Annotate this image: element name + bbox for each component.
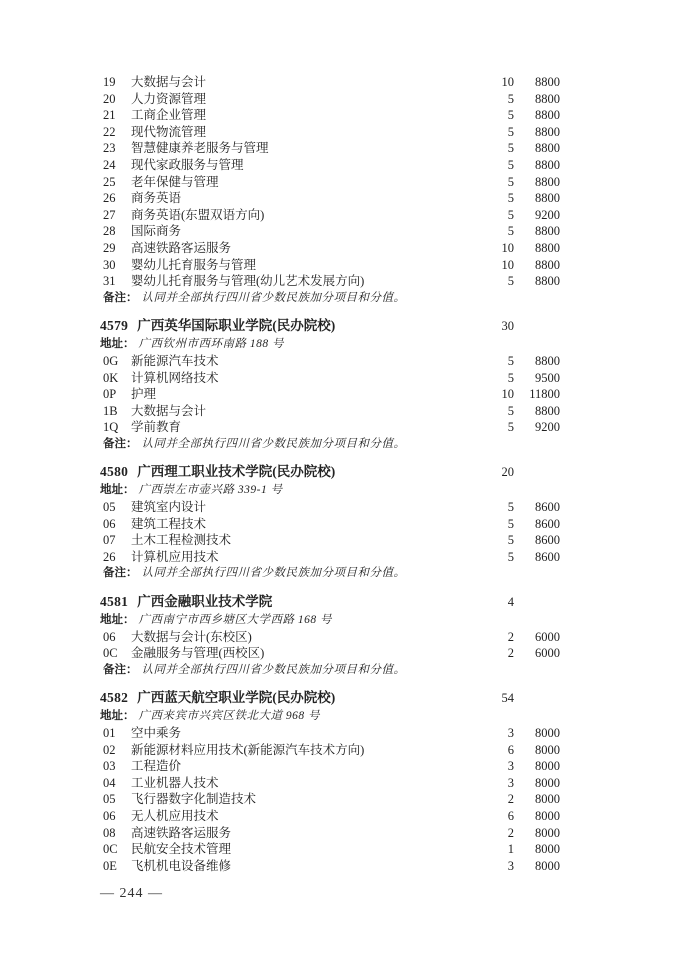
course-quota: 5 <box>480 516 514 533</box>
course-row: 22现代物流管理58800 <box>100 124 560 141</box>
institution-code: 4580 <box>100 462 128 481</box>
institution-section: 4581广西金融职业技术学院4地址：广西南宁市西乡塘区大学西路 168 号06大… <box>100 592 560 678</box>
course-quota: 5 <box>480 190 514 207</box>
note-row: 备注：认同并全部执行四川省少数民族加分项目和分值。 <box>100 565 560 582</box>
course-quota: 2 <box>480 629 514 646</box>
course-code: 04 <box>100 775 124 792</box>
course-code: 06 <box>100 516 124 533</box>
course-fee: 8800 <box>514 174 560 191</box>
course-quota: 5 <box>480 157 514 174</box>
course-fee: 8800 <box>514 157 560 174</box>
course-row: 30婴幼儿托育服务与管理108800 <box>100 257 560 274</box>
course-quota: 5 <box>480 419 514 436</box>
course-row: 0C金融服务与管理(西校区)26000 <box>100 645 560 662</box>
course-code: 28 <box>100 223 124 240</box>
course-name: 新能源汽车技术 <box>124 353 480 370</box>
course-row: 03工程造价38000 <box>100 758 560 775</box>
course-fee: 8800 <box>514 240 560 257</box>
course-name: 工程造价 <box>124 758 480 775</box>
course-quota: 10 <box>480 240 514 257</box>
course-fee: 9500 <box>514 370 560 387</box>
course-fee: 11800 <box>514 386 560 403</box>
course-fee: 8800 <box>514 74 560 91</box>
note-row: 备注：认同并全部执行四川省少数民族加分项目和分值。 <box>100 290 560 307</box>
course-name: 金融服务与管理(西校区) <box>124 645 480 662</box>
course-name: 大数据与会计(东校区) <box>124 629 480 646</box>
institution-name: 广西蓝天航空职业学院(民办院校) <box>137 688 480 707</box>
address-label: 地址： <box>100 336 135 353</box>
course-name: 婴幼儿托育服务与管理(幼儿艺术发展方向) <box>124 273 480 290</box>
course-code: 27 <box>100 207 124 224</box>
course-row: 21工商企业管理58800 <box>100 107 560 124</box>
course-fee: 8800 <box>514 124 560 141</box>
course-name: 计算机应用技术 <box>124 549 480 566</box>
course-code: 08 <box>100 825 124 842</box>
address-label: 地址： <box>100 482 135 499</box>
course-row: 08高速铁路客运服务28000 <box>100 825 560 842</box>
page-footer: — 244 — <box>100 886 163 902</box>
note-label: 备注： <box>103 436 138 453</box>
course-fee: 8000 <box>514 725 560 742</box>
continued-section: 19大数据与会计10880020人力资源管理5880021工商企业管理58800… <box>100 74 560 306</box>
course-quota: 6 <box>480 808 514 825</box>
institution-section: 4579广西英华国际职业学院(民办院校)30地址：广西钦州市西环南路 188 号… <box>100 316 560 452</box>
note-text: 认同并全部执行四川省少数民族加分项目和分值。 <box>142 565 406 582</box>
course-row: 01空中乘务38000 <box>100 725 560 742</box>
course-quota: 10 <box>480 74 514 91</box>
course-fee: 8800 <box>514 273 560 290</box>
course-row: 31婴幼儿托育服务与管理(幼儿艺术发展方向)58800 <box>100 273 560 290</box>
course-name: 学前教育 <box>124 419 480 436</box>
institution-code: 4579 <box>100 316 128 335</box>
address-row: 地址：广西来宾市兴宾区铁北大道 968 号 <box>100 708 560 725</box>
course-code: 1Q <box>100 419 124 436</box>
course-name: 现代家政服务与管理 <box>124 157 480 174</box>
course-code: 31 <box>100 273 124 290</box>
course-fee: 8000 <box>514 841 560 858</box>
note-row: 备注：认同并全部执行四川省少数民族加分项目和分值。 <box>100 436 560 453</box>
course-quota: 5 <box>480 499 514 516</box>
course-quota: 5 <box>480 207 514 224</box>
course-quota: 5 <box>480 174 514 191</box>
institution-header: 4579广西英华国际职业学院(民办院校)30 <box>100 316 560 336</box>
course-name: 现代物流管理 <box>124 124 480 141</box>
course-code: 0K <box>100 370 124 387</box>
course-fee: 8000 <box>514 758 560 775</box>
course-code: 20 <box>100 91 124 108</box>
institution-section: 4580广西理工职业技术学院(民办院校)20地址：广西崇左市壶兴路 339-1 … <box>100 462 560 582</box>
course-row: 06大数据与会计(东校区)26000 <box>100 629 560 646</box>
institution-name: 广西理工职业技术学院(民办院校) <box>137 462 480 481</box>
course-fee: 8800 <box>514 91 560 108</box>
note-text: 认同并全部执行四川省少数民族加分项目和分值。 <box>142 436 406 453</box>
institution-code: 4582 <box>100 688 128 707</box>
course-code: 05 <box>100 499 124 516</box>
course-quota: 10 <box>480 386 514 403</box>
course-fee: 9200 <box>514 207 560 224</box>
course-fee: 8000 <box>514 742 560 759</box>
note-label: 备注： <box>103 290 138 307</box>
course-name: 护理 <box>124 386 480 403</box>
course-row: 05建筑室内设计58600 <box>100 499 560 516</box>
course-code: 19 <box>100 74 124 91</box>
course-quota: 5 <box>480 124 514 141</box>
course-quota: 5 <box>480 532 514 549</box>
institution-name: 广西英华国际职业学院(民办院校) <box>137 316 480 335</box>
course-code: 0G <box>100 353 124 370</box>
course-row: 02新能源材料应用技术(新能源汽车技术方向)68000 <box>100 742 560 759</box>
course-fee: 8000 <box>514 825 560 842</box>
course-row: 25老年保健与管理58800 <box>100 174 560 191</box>
course-row: 23智慧健康养老服务与管理58800 <box>100 140 560 157</box>
course-quota: 5 <box>480 140 514 157</box>
course-name: 飞行器数字化制造技术 <box>124 791 480 808</box>
course-fee: 8800 <box>514 190 560 207</box>
course-code: 25 <box>100 174 124 191</box>
address-text: 广西崇左市壶兴路 339-1 号 <box>139 482 283 499</box>
note-text: 认同并全部执行四川省少数民族加分项目和分值。 <box>142 290 406 307</box>
course-fee: 8800 <box>514 353 560 370</box>
course-name: 空中乘务 <box>124 725 480 742</box>
course-quota: 5 <box>480 107 514 124</box>
course-code: 02 <box>100 742 124 759</box>
course-name: 工商企业管理 <box>124 107 480 124</box>
note-label: 备注： <box>103 662 138 679</box>
course-fee: 9200 <box>514 419 560 436</box>
note-text: 认同并全部执行四川省少数民族加分项目和分值。 <box>142 662 406 679</box>
course-code: 0C <box>100 645 124 662</box>
course-code: 30 <box>100 257 124 274</box>
course-quota: 3 <box>480 858 514 875</box>
course-fee: 8800 <box>514 257 560 274</box>
course-quota: 3 <box>480 758 514 775</box>
course-row: 28国际商务58800 <box>100 223 560 240</box>
institution-name: 广西金融职业技术学院 <box>137 592 480 611</box>
address-text: 广西南宁市西乡塘区大学西路 168 号 <box>139 612 333 629</box>
institution-section: 4582广西蓝天航空职业学院(民办院校)54地址：广西来宾市兴宾区铁北大道 96… <box>100 688 560 874</box>
course-fee: 8800 <box>514 107 560 124</box>
course-quota: 5 <box>480 370 514 387</box>
institution-total-quota: 20 <box>480 463 514 482</box>
course-name: 大数据与会计 <box>124 403 480 420</box>
institution-header: 4582广西蓝天航空职业学院(民办院校)54 <box>100 688 560 708</box>
institution-header: 4581广西金融职业技术学院4 <box>100 592 560 612</box>
document-page: 19大数据与会计10880020人力资源管理5880021工商企业管理58800… <box>0 0 680 961</box>
course-quota: 5 <box>480 223 514 240</box>
course-row: 05飞行器数字化制造技术28000 <box>100 791 560 808</box>
course-code: 06 <box>100 808 124 825</box>
course-quota: 6 <box>480 742 514 759</box>
sections-container: 19大数据与会计10880020人力资源管理5880021工商企业管理58800… <box>100 74 560 874</box>
course-row: 1Q学前教育59200 <box>100 419 560 436</box>
course-quota: 10 <box>480 257 514 274</box>
course-quota: 5 <box>480 273 514 290</box>
institution-code: 4581 <box>100 592 128 611</box>
address-text: 广西来宾市兴宾区铁北大道 968 号 <box>139 708 321 725</box>
course-name: 飞机机电设备维修 <box>124 858 480 875</box>
course-quota: 5 <box>480 403 514 420</box>
note-row: 备注：认同并全部执行四川省少数民族加分项目和分值。 <box>100 662 560 679</box>
course-quota: 2 <box>480 825 514 842</box>
course-row: 19大数据与会计108800 <box>100 74 560 91</box>
institution-total-quota: 54 <box>480 689 514 708</box>
course-row: 24现代家政服务与管理58800 <box>100 157 560 174</box>
course-name: 婴幼儿托育服务与管理 <box>124 257 480 274</box>
course-name: 民航安全技术管理 <box>124 841 480 858</box>
course-name: 大数据与会计 <box>124 74 480 91</box>
course-code: 06 <box>100 629 124 646</box>
course-fee: 8800 <box>514 403 560 420</box>
course-row: 0P护理1011800 <box>100 386 560 403</box>
course-fee: 8600 <box>514 549 560 566</box>
course-code: 1B <box>100 403 124 420</box>
course-name: 国际商务 <box>124 223 480 240</box>
course-row: 0C民航安全技术管理18000 <box>100 841 560 858</box>
course-quota: 2 <box>480 791 514 808</box>
course-fee: 8800 <box>514 140 560 157</box>
course-quota: 1 <box>480 841 514 858</box>
course-fee: 8600 <box>514 499 560 516</box>
course-code: 0P <box>100 386 124 403</box>
course-name: 人力资源管理 <box>124 91 480 108</box>
course-fee: 8000 <box>514 775 560 792</box>
course-name: 高速铁路客运服务 <box>124 825 480 842</box>
note-label: 备注： <box>103 565 138 582</box>
course-row: 04工业机器人技术38000 <box>100 775 560 792</box>
page-number: — 244 — <box>100 886 163 901</box>
course-fee: 8600 <box>514 532 560 549</box>
course-code: 24 <box>100 157 124 174</box>
course-row: 06无人机应用技术68000 <box>100 808 560 825</box>
course-code: 29 <box>100 240 124 257</box>
course-fee: 8000 <box>514 858 560 875</box>
address-row: 地址：广西钦州市西环南路 188 号 <box>100 336 560 353</box>
course-fee: 6000 <box>514 645 560 662</box>
course-row: 07土木工程检测技术58600 <box>100 532 560 549</box>
course-name: 无人机应用技术 <box>124 808 480 825</box>
course-code: 0E <box>100 858 124 875</box>
course-name: 商务英语 <box>124 190 480 207</box>
course-row: 0E飞机机电设备维修38000 <box>100 858 560 875</box>
course-code: 23 <box>100 140 124 157</box>
course-row: 26商务英语58800 <box>100 190 560 207</box>
course-row: 0G新能源汽车技术58800 <box>100 353 560 370</box>
course-code: 22 <box>100 124 124 141</box>
course-name: 高速铁路客运服务 <box>124 240 480 257</box>
course-name: 新能源材料应用技术(新能源汽车技术方向) <box>124 742 480 759</box>
course-row: 06建筑工程技术58600 <box>100 516 560 533</box>
course-fee: 6000 <box>514 629 560 646</box>
course-row: 20人力资源管理58800 <box>100 91 560 108</box>
course-name: 工业机器人技术 <box>124 775 480 792</box>
course-name: 建筑室内设计 <box>124 499 480 516</box>
course-fee: 8800 <box>514 223 560 240</box>
course-fee: 8600 <box>514 516 560 533</box>
course-code: 05 <box>100 791 124 808</box>
address-row: 地址：广西崇左市壶兴路 339-1 号 <box>100 482 560 499</box>
course-code: 26 <box>100 549 124 566</box>
course-quota: 3 <box>480 775 514 792</box>
institution-total-quota: 30 <box>480 317 514 336</box>
course-quota: 3 <box>480 725 514 742</box>
course-code: 01 <box>100 725 124 742</box>
course-quota: 5 <box>480 91 514 108</box>
course-row: 0K计算机网络技术59500 <box>100 370 560 387</box>
address-row: 地址：广西南宁市西乡塘区大学西路 168 号 <box>100 612 560 629</box>
address-label: 地址： <box>100 708 135 725</box>
course-quota: 5 <box>480 549 514 566</box>
course-name: 土木工程检测技术 <box>124 532 480 549</box>
course-quota: 5 <box>480 353 514 370</box>
course-row: 26计算机应用技术58600 <box>100 549 560 566</box>
address-text: 广西钦州市西环南路 188 号 <box>139 336 285 353</box>
course-fee: 8000 <box>514 808 560 825</box>
address-label: 地址： <box>100 612 135 629</box>
course-name: 智慧健康养老服务与管理 <box>124 140 480 157</box>
course-code: 26 <box>100 190 124 207</box>
course-quota: 2 <box>480 645 514 662</box>
course-fee: 8000 <box>514 791 560 808</box>
course-row: 1B大数据与会计58800 <box>100 403 560 420</box>
course-name: 老年保健与管理 <box>124 174 480 191</box>
course-row: 29高速铁路客运服务108800 <box>100 240 560 257</box>
course-code: 0C <box>100 841 124 858</box>
course-code: 03 <box>100 758 124 775</box>
course-name: 计算机网络技术 <box>124 370 480 387</box>
institution-header: 4580广西理工职业技术学院(民办院校)20 <box>100 462 560 482</box>
course-name: 建筑工程技术 <box>124 516 480 533</box>
institution-total-quota: 4 <box>480 593 514 612</box>
course-name: 商务英语(东盟双语方向) <box>124 207 480 224</box>
course-code: 07 <box>100 532 124 549</box>
course-row: 27商务英语(东盟双语方向)59200 <box>100 207 560 224</box>
course-code: 21 <box>100 107 124 124</box>
